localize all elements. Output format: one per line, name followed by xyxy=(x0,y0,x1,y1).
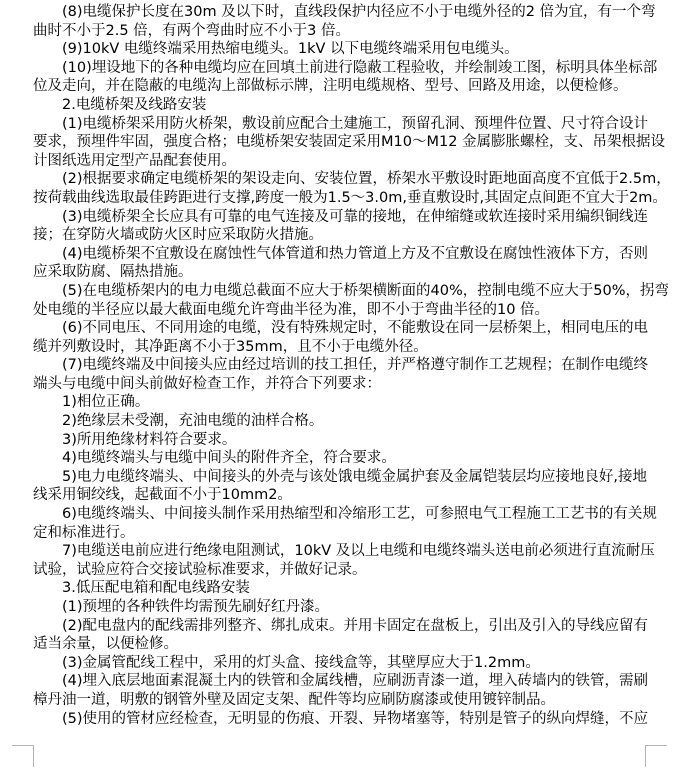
text-line: (4)电缆桥架不宜敷设在腐蚀性气体管道和热力管道上方及不宜敷设在腐蚀性液体下方，… xyxy=(33,245,645,264)
document-page: { "page": { "background_color": "#ffffff… xyxy=(0,0,685,773)
text-line: 5)电力电缆终端头、中间接头的外壳与该处饿电缆金属护套及金属铠装层均应接地良好,… xyxy=(33,468,645,487)
text-line: (1)预埋的各种铁件均需预先刷好红丹漆。 xyxy=(33,598,645,617)
text-line: 2)绝缘层未受潮，充油电缆的油样合格。 xyxy=(33,412,645,431)
text-line: (4)埋入底层地面素混凝土内的铁管和金属线槽，应刷沥青漆一道，埋入砖墙内的铁管，… xyxy=(33,672,645,691)
document-text: (8)电缆保护长度在30m 及以下时，直线段保护内径应不小于电缆外径的2 倍为宜… xyxy=(33,3,645,728)
text-line: (1)电缆桥架采用防火桥架，敷设前应配合土建施工，预留孔洞、预埋件位置、尺寸符合… xyxy=(33,115,645,134)
text-line: 樟丹油一道，明敷的钢管外壁及固定支架、配件等均应刷防腐漆或使用镀锌制品。 xyxy=(33,691,645,710)
text-line: (5)使用的管材应经检查，无明显的伤痕、开裂、异物堵塞等，特别是管子的纵向焊缝，… xyxy=(33,710,645,729)
text-line: 4)电缆终端头与电缆中间头的附件齐全，符合要求。 xyxy=(33,449,645,468)
text-line: 位及走向，并在隐蔽的电缆沟上部做标示牌，注明电缆规格、型号、回路及用途，以便检修… xyxy=(33,77,645,96)
text-line: (7)电缆终端及中间接头应由经过培训的技工担任，并严格遵守制作工艺规程；在制作电… xyxy=(33,356,645,375)
text-line: (2)配电盘内的配线需排列整齐、绑扎成束。并用卡固定在盘板上，引出及引入的导线应… xyxy=(33,617,645,636)
text-line: (8)电缆保护长度在30m 及以下时，直线段保护内径应不小于电缆外径的2 倍为宜… xyxy=(33,3,645,22)
text-line: (5)在电缆桥架内的电力电缆总截面不应大于桥架横断面的40%，控制电缆不应大于5… xyxy=(33,282,645,301)
text-line: (3)金属管配线工程中，采用的灯头盒、接线盒等，其壁厚应大于1.2mm。 xyxy=(33,654,645,673)
text-line: 接；在穿防火墙或防火区时应采取防火措施。 xyxy=(33,226,645,245)
text-line: 缆并列敷设时，其净距离不小于35mm，且不小于电缆外径。 xyxy=(33,338,645,357)
text-line: 应采取防腐、隔热措施。 xyxy=(33,263,645,282)
text-line: 1)相位正确。 xyxy=(33,393,645,412)
page-boundary-mark-bottom-left xyxy=(12,745,34,746)
text-line: 曲时不小于2.5 倍，有两个弯曲时应不小于3 倍。 xyxy=(33,22,645,41)
text-line: 定和标准进行。 xyxy=(33,524,645,543)
text-line: 端头与电缆中间头前做好检查工作，并符合下列要求： xyxy=(33,375,645,394)
text-line: 试验，试验应符合交接试验标准要求，并做好记录。 xyxy=(33,561,645,580)
text-line: (6)不同电压、不同用途的电缆，没有特殊规定时，不能敷设在同一层桥架上，相同电压… xyxy=(33,319,645,338)
text-line: 计图纸选用定型产品配套使用。 xyxy=(33,152,645,171)
text-line: 要求，预埋件牢固，强度合格；电缆桥架安装固定采用M10～M12 金属膨胀螺栓，支… xyxy=(33,133,645,152)
text-line: (3)电缆桥架全长应具有可靠的电气连接及可靠的接地，在伸缩缝或软连接时采用编织铜… xyxy=(33,208,645,227)
text-line: 3)所用绝缘材料符合要求。 xyxy=(33,431,645,450)
page-boundary-mark-bottom-right xyxy=(645,745,667,746)
text-line: (2)根据要求确定电缆桥架的架设走向、安装位置，桥架水平敷设时距地面高度不宜低于… xyxy=(33,170,645,189)
text-line: (9)10kV 电缆终端采用热缩电缆头。1kV 以下电缆终端采用包电缆头。 xyxy=(33,40,645,59)
text-line: 6)电缆终端头、中间接头制作采用热缩型和冷缩形工艺，可参照电气工程施工工艺书的有… xyxy=(33,505,645,524)
text-line: 2.电缆桥架及线路安装 xyxy=(33,96,645,115)
page-boundary-mark-bottom-right xyxy=(645,745,646,767)
text-line: 7)电缆送电前应进行绝缘电阻测试，10kV 及以上电缆和电缆终端头送电前必须进行… xyxy=(33,542,645,561)
text-line: 按荷载曲线选取最佳跨距进行支撑,跨度一般为1.5～3.0m,垂直敷设时,其固定点… xyxy=(33,189,645,208)
text-line: 处电缆的半径应以最大截面电缆允许弯曲半径为准，即不小于弯曲半径的10 倍。 xyxy=(33,301,645,320)
text-line: 3.低压配电箱和配电线路安装 xyxy=(33,579,645,598)
text-line: (10)埋设地下的各种电缆均应在回填土前进行隐蔽工程验收，并绘制竣工图，标明具体… xyxy=(33,59,645,78)
page-boundary-mark-bottom-left xyxy=(33,745,34,767)
text-line: 适当余量，以便检修。 xyxy=(33,635,645,654)
text-line: 线采用铜绞线，起截面不小于10mm2。 xyxy=(33,486,645,505)
